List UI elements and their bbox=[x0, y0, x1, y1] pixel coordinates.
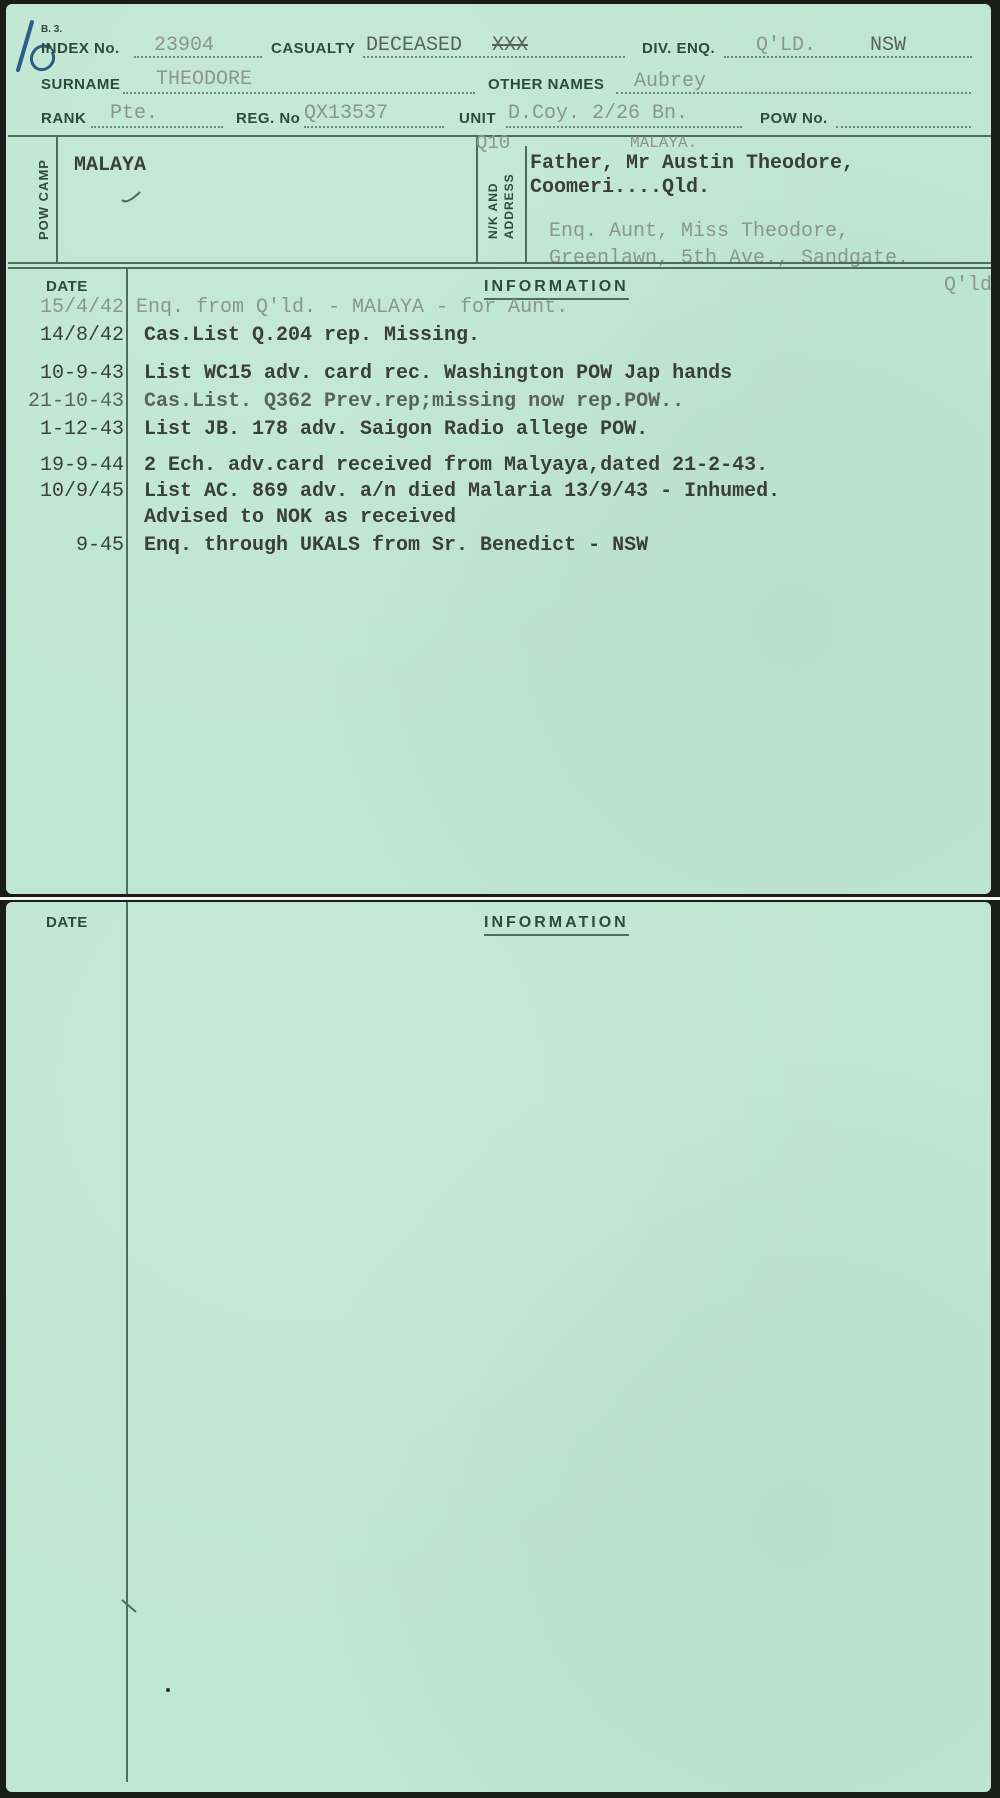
pow-camp-value: MALAYA bbox=[74, 154, 146, 177]
unit-label: UNIT bbox=[459, 110, 496, 127]
reg-no-value: QX13537 bbox=[304, 102, 388, 125]
entry-date: 1-12-43 bbox=[4, 418, 124, 441]
casualty-value: DECEASED bbox=[366, 34, 462, 57]
div-enq-value-2: NSW bbox=[870, 34, 906, 57]
div-enq-value-1: Q'LD. bbox=[756, 34, 816, 57]
entry-info: List JB. 178 adv. Saigon Radio allege PO… bbox=[144, 418, 648, 441]
entry-info: Enq. through UKALS from Sr. Benedict - N… bbox=[144, 534, 648, 557]
form-code: B. 3. bbox=[41, 24, 62, 35]
entry-date: 10/9/45 bbox=[4, 480, 124, 503]
entry-date: 10-9-43 bbox=[4, 362, 124, 385]
entry-date: 19-9-44 bbox=[4, 454, 124, 477]
entry-info: 2 Ech. adv.card received from Malyaya,da… bbox=[144, 454, 768, 477]
rank-value: Pte. bbox=[110, 102, 158, 125]
casualty-label: CASUALTY bbox=[271, 40, 356, 57]
check-mark-icon bbox=[118, 188, 144, 206]
nk-address-line-1: Father, Mr Austin Theodore, bbox=[530, 152, 854, 175]
card-divider bbox=[0, 897, 1000, 900]
rank-label: RANK bbox=[41, 110, 86, 127]
entry-date: 9-45 bbox=[4, 534, 124, 557]
address-label: ADDRESS bbox=[502, 173, 516, 239]
entry-date: 15/4/42 bbox=[4, 296, 124, 319]
pow-no-label: POW No. bbox=[760, 110, 828, 127]
index-card-front: B. 3. INDEX No. 23904 CASUALTY DECEASED … bbox=[6, 4, 991, 894]
date-header: DATE bbox=[46, 278, 88, 295]
ink-dot bbox=[166, 1688, 170, 1692]
nk-address-line-2: Coomeri....Qld. bbox=[530, 176, 710, 199]
entry-info: Advised to NOK as received bbox=[144, 506, 456, 529]
date-header-back: DATE bbox=[46, 914, 88, 931]
surname-label: SURNAME bbox=[41, 76, 120, 93]
nk-code: Q10 bbox=[476, 132, 510, 154]
enq-state: Q'ld bbox=[944, 274, 992, 297]
other-names-value: Aubrey bbox=[634, 70, 706, 93]
enq-address-line-1: Enq. Aunt, Miss Theodore, bbox=[549, 220, 849, 243]
nk-note: MALAYA. bbox=[630, 134, 697, 152]
index-card-back: DATE INFORMATION bbox=[6, 902, 991, 1792]
other-names-label: OTHER NAMES bbox=[488, 76, 604, 93]
entry-date: 21-10-43 bbox=[4, 390, 124, 413]
entry-date: 14/8/42 bbox=[4, 324, 124, 347]
pow-camp-label: POW CAMP bbox=[36, 159, 51, 240]
index-no-value: 23904 bbox=[154, 34, 214, 57]
entry-info: Cas.List Q.204 rep. Missing. bbox=[144, 324, 480, 347]
entry-info: List WC15 adv. card rec. Washington POW … bbox=[144, 362, 732, 385]
index-no-label: INDEX No. bbox=[41, 40, 120, 57]
entry-info: Enq. from Q'ld. - MALAYA - for Aunt. bbox=[136, 296, 568, 319]
casualty-struck-value: XXX bbox=[492, 34, 528, 57]
entry-info: List AC. 869 adv. a/n died Malaria 13/9/… bbox=[144, 480, 780, 503]
pencil-tick-icon bbox=[118, 1596, 144, 1616]
information-header-back: INFORMATION bbox=[484, 914, 629, 936]
div-enq-label: DIV. ENQ. bbox=[642, 40, 715, 57]
surname-value: THEODORE bbox=[156, 68, 252, 91]
unit-value: D.Coy. 2/26 Bn. bbox=[508, 102, 688, 125]
nk-and-label: N/K AND bbox=[486, 182, 500, 239]
reg-no-label: REG. No bbox=[236, 110, 300, 127]
entry-info: Cas.List. Q362 Prev.rep;missing now rep.… bbox=[144, 390, 684, 413]
